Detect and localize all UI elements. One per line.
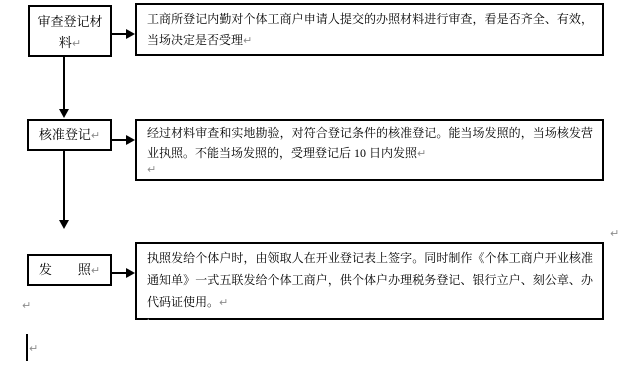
- paragraph-mark: ↵: [29, 342, 38, 355]
- right-arrow-head-icon: [126, 135, 135, 145]
- paragraph-mark: ↵: [243, 34, 252, 47]
- stray-dot-mark: .: [147, 314, 593, 322]
- paragraph-mark: ↵: [610, 227, 619, 240]
- paragraph-mark: ↵: [91, 264, 100, 277]
- flow-step-box-issue-license[interactable]: 发 照↵: [27, 254, 112, 286]
- flow-step-label: 核准登记: [39, 127, 91, 142]
- right-arrow-head-icon: [126, 268, 135, 278]
- paragraph-mark: ↵: [72, 37, 81, 50]
- down-arrow-head-icon: [59, 109, 69, 118]
- paragraph-mark: ↵: [147, 164, 593, 176]
- flow-description-text: 经过材料审查和实地勘验，对符合登记条件的核准登记。能当场发照的，当场核发营业执照…: [147, 126, 593, 160]
- flow-step-label: 审查登记材 料: [37, 14, 102, 50]
- flow-description-box-approve-registration[interactable]: 经过材料审查和实地勘验，对符合登记条件的核准登记。能当场发照的，当场核发营业执照…: [135, 119, 604, 181]
- right-arrow-head-icon: [126, 29, 135, 39]
- flow-description-text: 执照发给个体户时，由领取人在开业登记表上签字。同时制作《个体工商户开业核准通知单…: [147, 251, 593, 309]
- text-cursor: [26, 334, 28, 361]
- paragraph-mark: ↵: [417, 147, 426, 160]
- flowchart-document: 审查登记材 料↵ 工商所登记内勤对个体工商户申请人提交的办照材料进行审查，看是否…: [0, 0, 633, 377]
- flow-description-box-issue-license[interactable]: 执照发给个体户时，由领取人在开业登记表上签字。同时制作《个体工商户开业核准通知单…: [135, 242, 604, 320]
- down-arrow-head-icon: [59, 220, 69, 229]
- paragraph-mark: ↵: [22, 299, 31, 312]
- down-arrow-connector[interactable]: [63, 151, 65, 221]
- paragraph-mark: ↵: [91, 129, 100, 142]
- paragraph-mark: ↵: [219, 296, 228, 309]
- flow-step-label: 发 照: [39, 262, 91, 277]
- flow-description-text: 工商所登记内勤对个体工商户申请人提交的办照材料进行审查，看是否齐全、有效，当场决…: [147, 12, 593, 47]
- flow-description-box-review-materials[interactable]: 工商所登记内勤对个体工商户申请人提交的办照材料进行审查，看是否齐全、有效，当场决…: [135, 3, 604, 56]
- flow-step-box-approve-registration[interactable]: 核准登记↵: [27, 119, 112, 151]
- flow-step-box-review-materials[interactable]: 审查登记材 料↵: [28, 5, 112, 57]
- down-arrow-connector[interactable]: [63, 56, 65, 110]
